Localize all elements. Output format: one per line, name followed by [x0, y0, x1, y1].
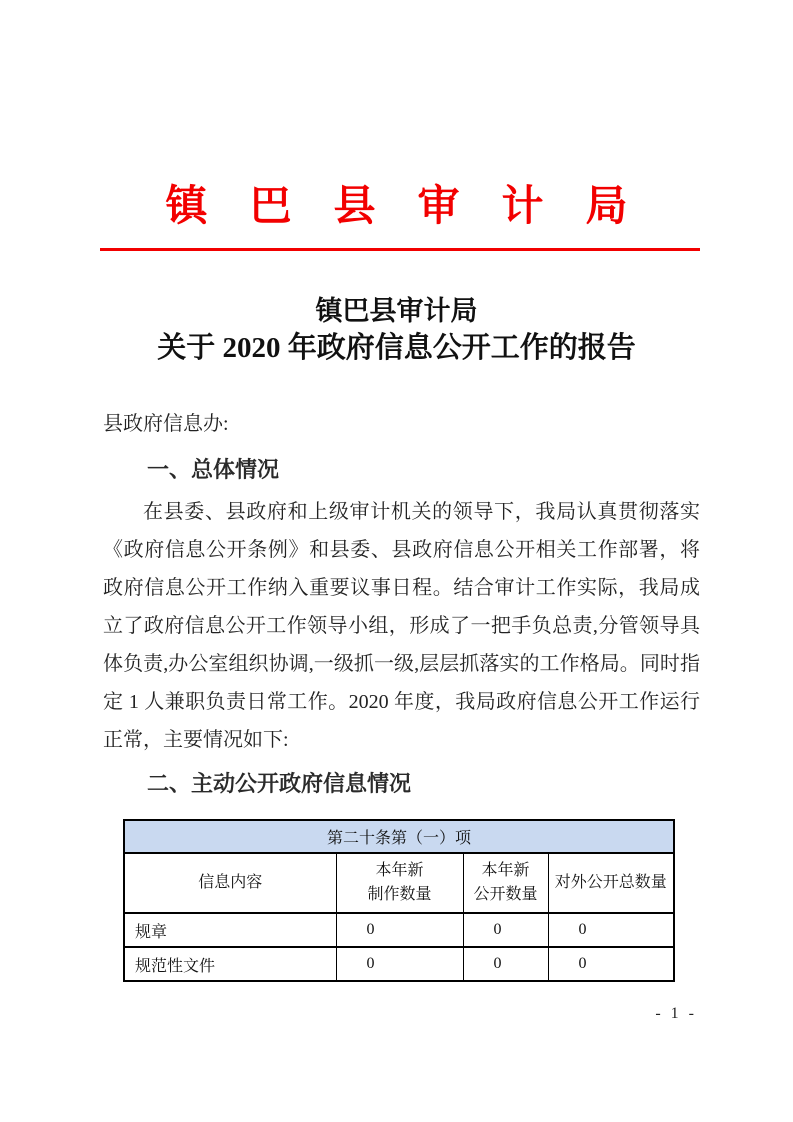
table-row: 规范性文件 0 0 0 — [124, 947, 674, 981]
row-label-regulations: 规章 — [124, 913, 336, 947]
page-number: - 1 - — [655, 1005, 697, 1023]
document-title: 镇巴县审计局 关于 2020 年政府信息公开工作的报告 — [0, 293, 793, 367]
table-caption: 第二十条第（一）项 — [124, 820, 674, 853]
document-body: 县政府信息办: 一、总体情况 在县委、县政府和上级审计机关的领导下，我局认真贯彻… — [103, 409, 700, 982]
column-header-new-published: 本年新 公开数量 — [463, 853, 548, 913]
row-label-normative-documents: 规范性文件 — [124, 947, 336, 981]
document-title-line1: 镇巴县审计局 — [0, 293, 793, 330]
section-heading-1: 一、总体情况 — [103, 455, 700, 485]
section-heading-2: 二、主动公开政府信息情况 — [103, 769, 700, 799]
cell-value: 0 — [336, 947, 463, 981]
column-header-new-created: 本年新 制作数量 — [336, 853, 463, 913]
cell-value: 0 — [336, 913, 463, 947]
document-title-line2: 关于 2020 年政府信息公开工作的报告 — [0, 330, 793, 367]
table-row: 规章 0 0 0 — [124, 913, 674, 947]
cell-value: 0 — [463, 913, 548, 947]
cell-value: 0 — [548, 913, 674, 947]
column-header-total-public: 对外公开总数量 — [548, 853, 674, 913]
cell-value: 0 — [548, 947, 674, 981]
letterhead: 镇巴县审计局 — [0, 0, 793, 251]
letterhead-rule — [100, 248, 700, 251]
table-caption-row: 第二十条第（一）项 — [124, 820, 674, 853]
section-1-paragraph: 在县委、县政府和上级审计机关的领导下，我局认真贯彻落实《政府信息公开条例》和县委… — [103, 493, 700, 759]
cell-value: 0 — [463, 947, 548, 981]
column-header-info-content: 信息内容 — [124, 853, 336, 913]
disclosure-stats-table: 第二十条第（一）项 信息内容 本年新 制作数量 本年新 公开数量 对外公开总数量… — [123, 819, 675, 982]
document-page: 镇巴县审计局 镇巴县审计局 关于 2020 年政府信息公开工作的报告 县政府信息… — [0, 0, 793, 1122]
table-header-row: 信息内容 本年新 制作数量 本年新 公开数量 对外公开总数量 — [124, 853, 674, 913]
salutation: 县政府信息办: — [103, 409, 700, 439]
letterhead-title: 镇巴县审计局 — [0, 0, 793, 228]
